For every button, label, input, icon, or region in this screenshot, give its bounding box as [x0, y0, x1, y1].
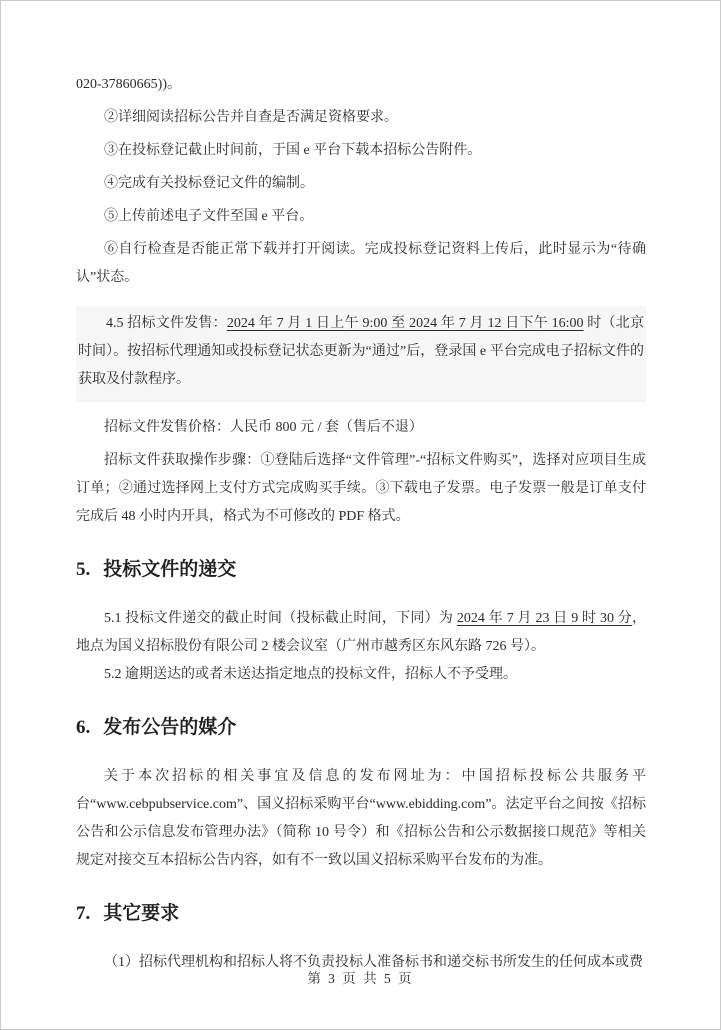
clause-4-5-paragraph: 4.5 招标文件发售：2024 年 7 月 1 日上午 9:00 至 2024 …: [78, 310, 644, 394]
registration-step-6: ⑥自行检查是否能正常下载并打开阅读。完成投标登记资料上传后，此时显示为“待确认”…: [76, 236, 646, 292]
clause-5-1-paragraph: 5.1 投标文件递交的截止时间（投标截止时间，下同）为 2024 年 7 月 2…: [76, 605, 646, 661]
clause-5-1-deadline: 2024 年 7 月 23 日 9 时 30 分: [457, 611, 632, 626]
registration-step-3: ③在投标登记截止时间前，于国 e 平台下载本招标公告附件。: [76, 137, 646, 165]
section-6-heading: 6.发布公告的媒介: [76, 713, 646, 743]
section-5-number: 5.: [76, 559, 90, 580]
clause-4-5-highlight-block: 4.5 招标文件发售：2024 年 7 月 1 日上午 9:00 至 2024 …: [76, 306, 646, 402]
page-footer: 第 3 页 共 5 页: [1, 965, 720, 993]
phone-tail-line: 020-37860665))。: [76, 71, 646, 99]
section-7-heading: 7.其它要求: [76, 899, 646, 929]
section-7-title: 其它要求: [103, 903, 179, 924]
document-content: 020-37860665))。 ②详细阅读招标公告并自查是否满足资格要求。 ③在…: [1, 1, 720, 977]
clause-5-1-prefix: 5.1 投标文件递交的截止时间（投标截止时间，下同）为: [104, 611, 457, 626]
registration-step-5: ⑤上传前述电子文件至国 e 平台。: [76, 203, 646, 231]
section-5-heading: 5.投标文件的递交: [76, 555, 646, 585]
section-6-title: 发布公告的媒介: [103, 717, 236, 738]
registration-step-4: ④完成有关投标登记文件的编制。: [76, 170, 646, 198]
section-6-number: 6.: [76, 717, 90, 738]
document-price-line: 招标文件发售价格：人民币 800 元 / 套（售后不退）: [76, 414, 646, 442]
clause-4-5-sale-period: 2024 年 7 月 1 日上午 9:00 至 2024 年 7 月 12 日下…: [227, 316, 584, 331]
clause-5-2-paragraph: 5.2 逾期送达的或者未送达指定地点的投标文件，招标人不予受理。: [76, 661, 646, 689]
purchase-steps-paragraph: 招标文件获取操作步骤：①登陆后选择“文件管理”-“招标文件购买”，选择对应项目生…: [76, 447, 646, 531]
registration-step-2: ②详细阅读招标公告并自查是否满足资格要求。: [76, 104, 646, 132]
section-6-media-paragraph: 关于本次招标的相关事宜及信息的发布网址为：中国招标投标公共服务平台“www.ce…: [76, 763, 646, 875]
clause-4-5-prefix: 4.5 招标文件发售：: [106, 316, 227, 331]
section-5-title: 投标文件的递交: [103, 559, 236, 580]
section-7-number: 7.: [76, 903, 90, 924]
document-page: 020-37860665))。 ②详细阅读招标公告并自查是否满足资格要求。 ③在…: [0, 0, 721, 1030]
